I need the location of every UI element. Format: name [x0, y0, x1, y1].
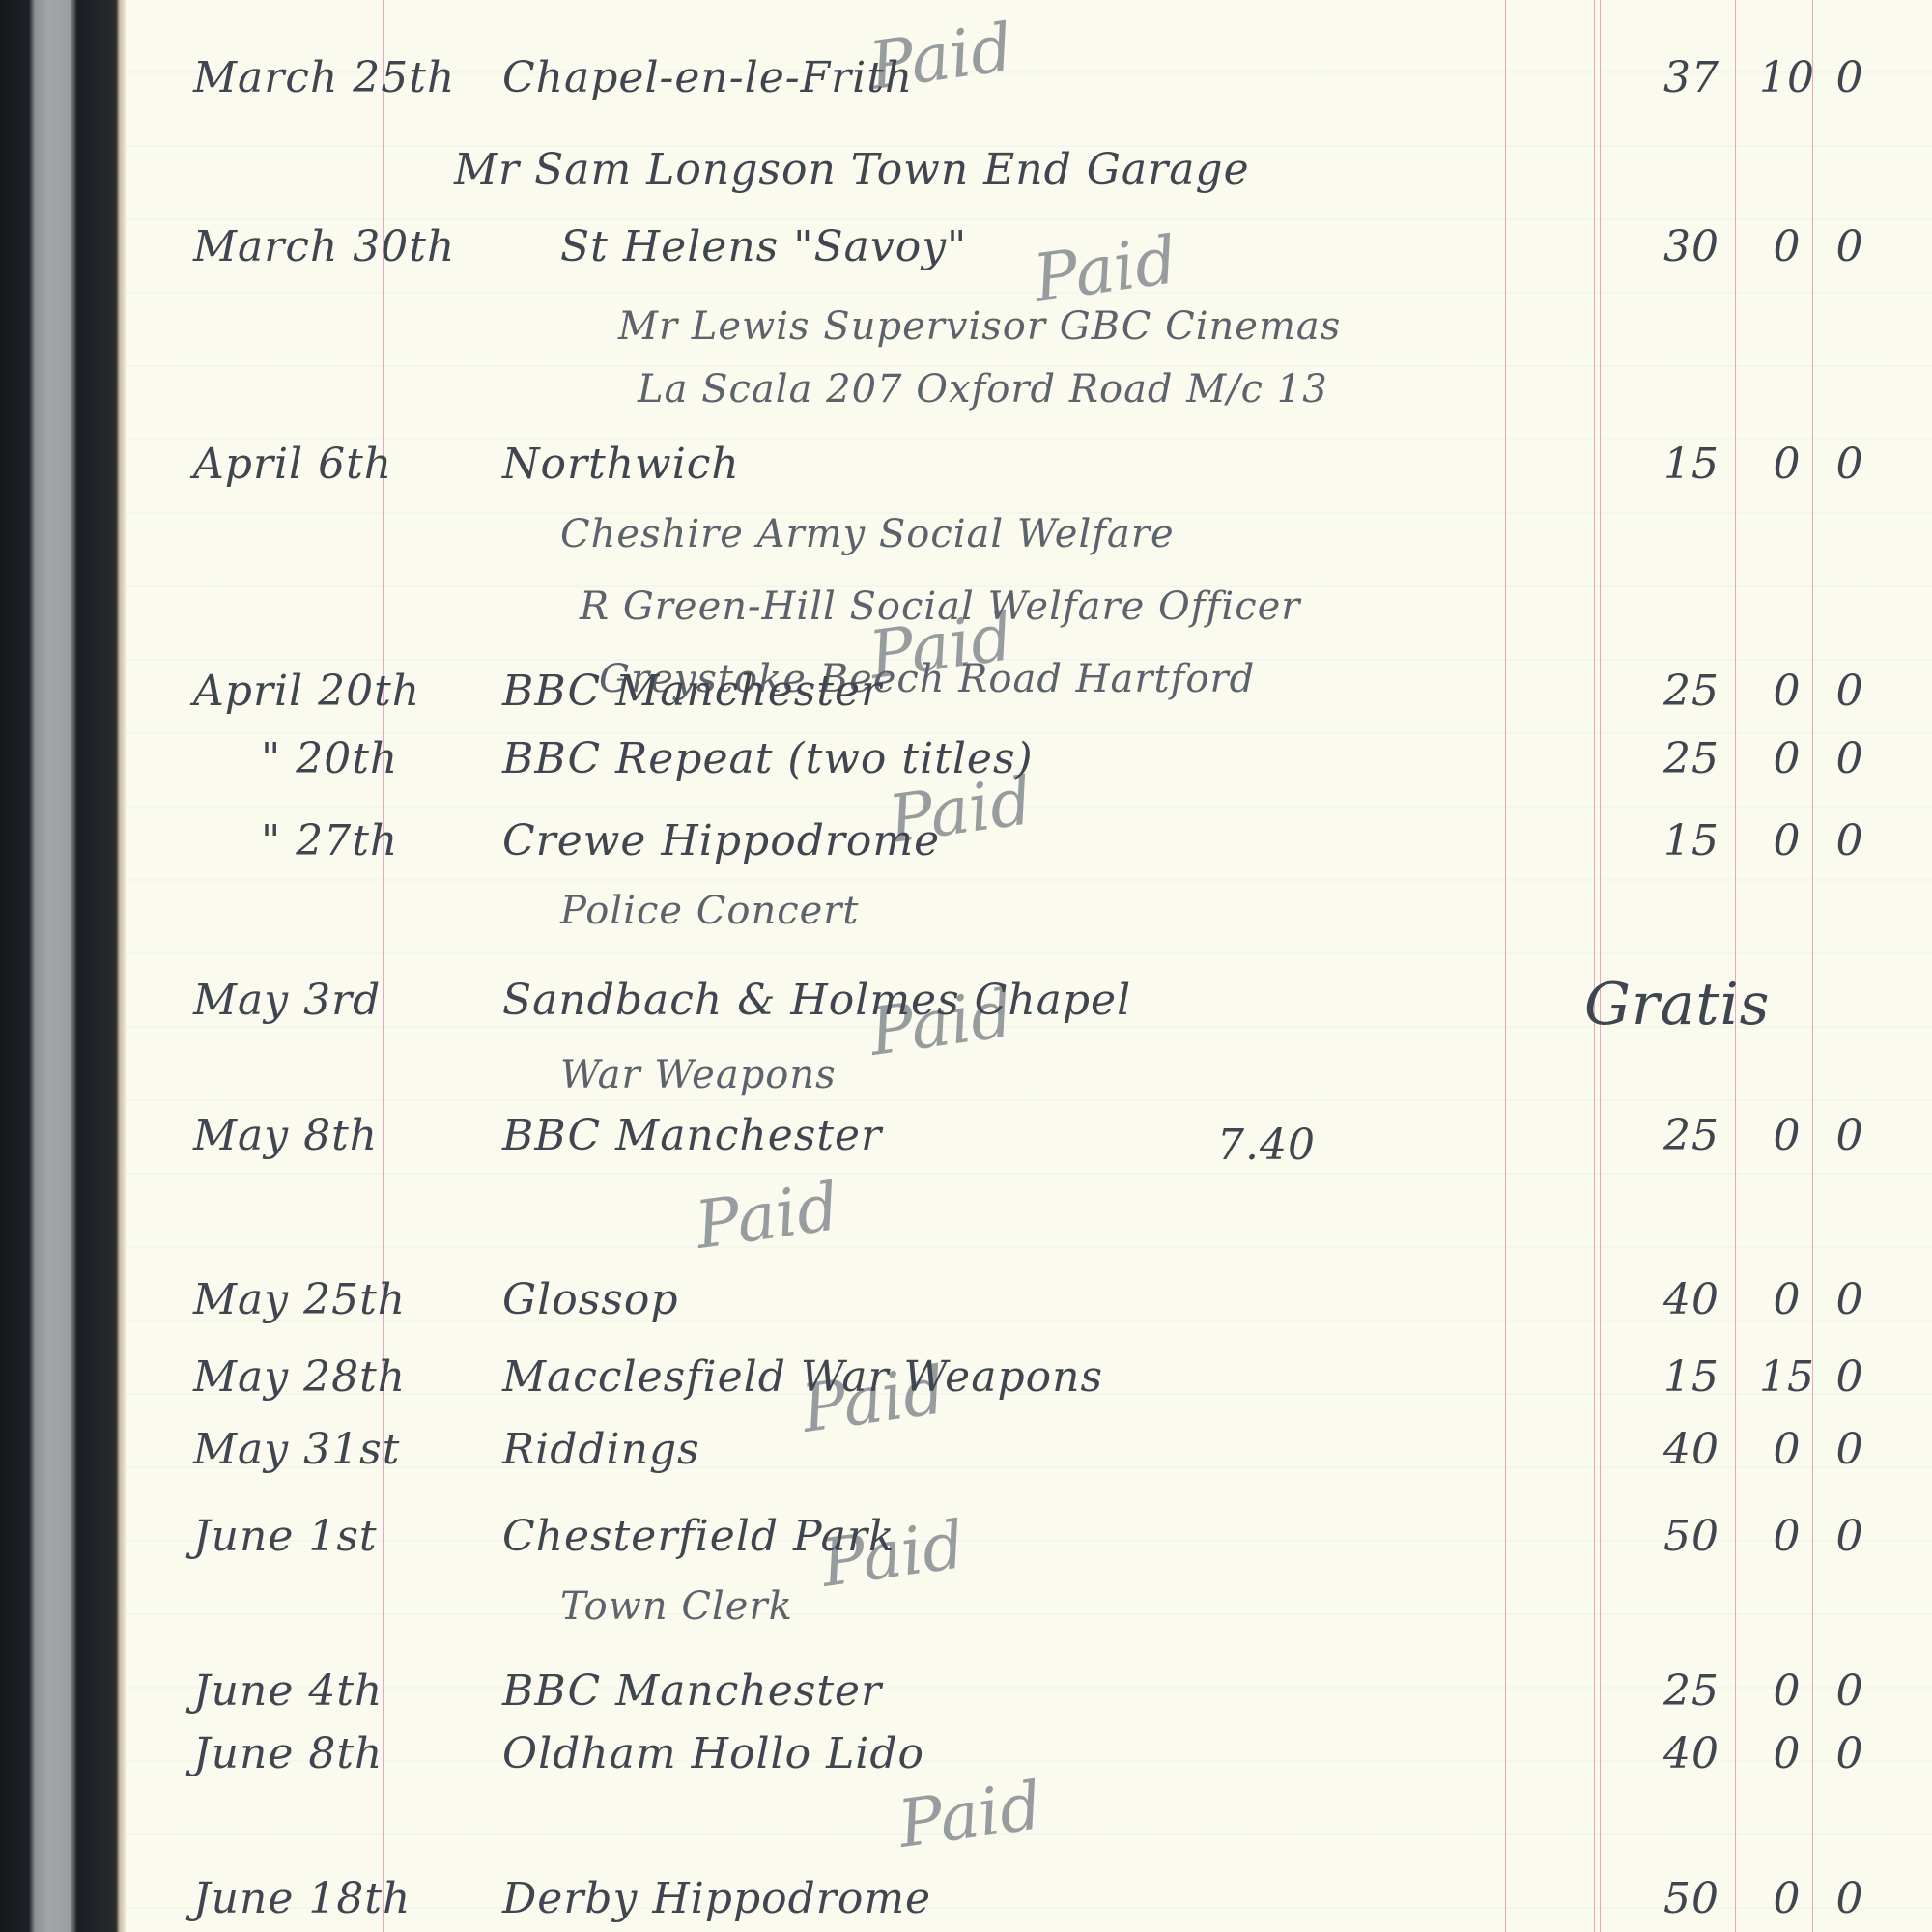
entry-description: Macclesfield War Weapons [502, 1352, 1103, 1402]
column-rule [1812, 0, 1813, 1932]
column-rule [1505, 0, 1506, 1932]
entry-date: April 20th [193, 667, 420, 716]
column-rule [1735, 0, 1736, 1932]
amount-shillings: 0 [1748, 222, 1826, 271]
amount-shillings: 10 [1748, 53, 1826, 102]
amount-pence: 0 [1826, 440, 1874, 489]
entry-detail: Town Clerk [560, 1584, 793, 1629]
entry-description: Mr Sam Longson Town End Garage [454, 145, 1250, 194]
entry-date: " 27th [261, 816, 398, 866]
amount-pence: 0 [1826, 734, 1874, 783]
ledger-page [126, 0, 1932, 1932]
amount-pounds: 25 [1633, 734, 1719, 783]
amount-pounds: 15 [1633, 1352, 1719, 1402]
entry-detail: La Scala 207 Oxford Road M/c 13 [638, 367, 1328, 412]
entry-detail: Mr Lewis Supervisor GBC Cinemas [618, 304, 1341, 349]
amount-pounds: 15 [1633, 816, 1719, 866]
entry-description: BBC Manchester [502, 1666, 882, 1716]
entry-date: March 25th [193, 53, 455, 102]
entry-description: Crewe Hippodrome [502, 816, 940, 866]
entry-description: St Helens "Savoy" [560, 222, 967, 271]
entry-date: May 28th [193, 1352, 406, 1402]
entry-description: Riddings [502, 1425, 700, 1474]
entry-description: Northwich [502, 440, 740, 489]
entry-description: Glossop [502, 1275, 679, 1324]
entry-detail: Police Concert [560, 889, 859, 933]
entry-date: May 31st [193, 1425, 400, 1474]
amount-pounds: 25 [1633, 1666, 1719, 1716]
amount-pounds: 50 [1633, 1874, 1719, 1923]
entry-date: May 8th [193, 1111, 378, 1160]
amount-pounds: 37 [1633, 53, 1719, 102]
entry-detail: Cheshire Army Social Welfare [560, 512, 1175, 556]
entry-description: Derby Hippodrome [502, 1874, 931, 1923]
entry-date: May 25th [193, 1275, 406, 1324]
entry-description: Oldham Hollo Lido [502, 1729, 924, 1778]
amount-shillings: 0 [1748, 1111, 1826, 1160]
entry-note: 7.40 [1217, 1121, 1316, 1170]
entry-date: " 20th [261, 734, 398, 783]
amount-pounds: 15 [1633, 440, 1719, 489]
amount-pence: 0 [1826, 1275, 1874, 1324]
amount-pounds: 40 [1633, 1729, 1719, 1778]
amount-pence: 0 [1826, 816, 1874, 866]
entry-description: Sandbach & Holmes Chapel [502, 976, 1131, 1025]
amount-pence: 0 [1826, 222, 1874, 271]
amount-pence: 0 [1826, 1425, 1874, 1474]
amount-pence: 0 [1826, 667, 1874, 716]
entry-amount-text: Gratis [1584, 971, 1770, 1038]
amount-shillings: 0 [1748, 667, 1826, 716]
amount-pence: 0 [1826, 1512, 1874, 1561]
amount-shillings: 0 [1748, 1874, 1826, 1923]
entry-date: June 1st [193, 1512, 378, 1561]
amount-shillings: 0 [1748, 1666, 1826, 1716]
amount-pounds: 40 [1633, 1425, 1719, 1474]
amount-shillings: 0 [1748, 1512, 1826, 1561]
amount-shillings: 0 [1748, 734, 1826, 783]
entry-description: BBC Manchester [502, 667, 882, 716]
entry-description: BBC Repeat (two titles) [502, 734, 1034, 783]
amount-pence: 0 [1826, 1729, 1874, 1778]
entry-date: March 30th [193, 222, 455, 271]
column-rule [1600, 0, 1601, 1932]
amount-pounds: 30 [1633, 222, 1719, 271]
entry-description: BBC Manchester [502, 1111, 882, 1160]
margin-rule [383, 0, 384, 1932]
amount-shillings: 0 [1748, 1729, 1826, 1778]
amount-shillings: 0 [1748, 1425, 1826, 1474]
entry-date: June 18th [193, 1874, 411, 1923]
entry-detail: War Weapons [560, 1053, 837, 1097]
amount-pence: 0 [1826, 53, 1874, 102]
amount-shillings: 15 [1748, 1352, 1826, 1402]
amount-pounds: 50 [1633, 1512, 1719, 1561]
amount-pence: 0 [1826, 1874, 1874, 1923]
column-rule [1594, 0, 1595, 1932]
amount-pence: 0 [1826, 1666, 1874, 1716]
book-binding [0, 0, 126, 1932]
amount-pounds: 40 [1633, 1275, 1719, 1324]
entry-date: June 8th [193, 1729, 383, 1778]
amount-pence: 0 [1826, 1111, 1874, 1160]
amount-pence: 0 [1826, 1352, 1874, 1402]
amount-shillings: 0 [1748, 440, 1826, 489]
amount-pounds: 25 [1633, 667, 1719, 716]
entry-date: April 6th [193, 440, 392, 489]
entry-detail: R Green-Hill Social Welfare Officer [580, 584, 1300, 629]
amount-shillings: 0 [1748, 816, 1826, 866]
entry-description: Chesterfield Park [502, 1512, 895, 1561]
entry-date: June 4th [193, 1666, 383, 1716]
entry-description: Chapel-en-le-Frith [502, 53, 913, 102]
entry-date: May 3rd [193, 976, 381, 1025]
amount-pounds: 25 [1633, 1111, 1719, 1160]
amount-shillings: 0 [1748, 1275, 1826, 1324]
